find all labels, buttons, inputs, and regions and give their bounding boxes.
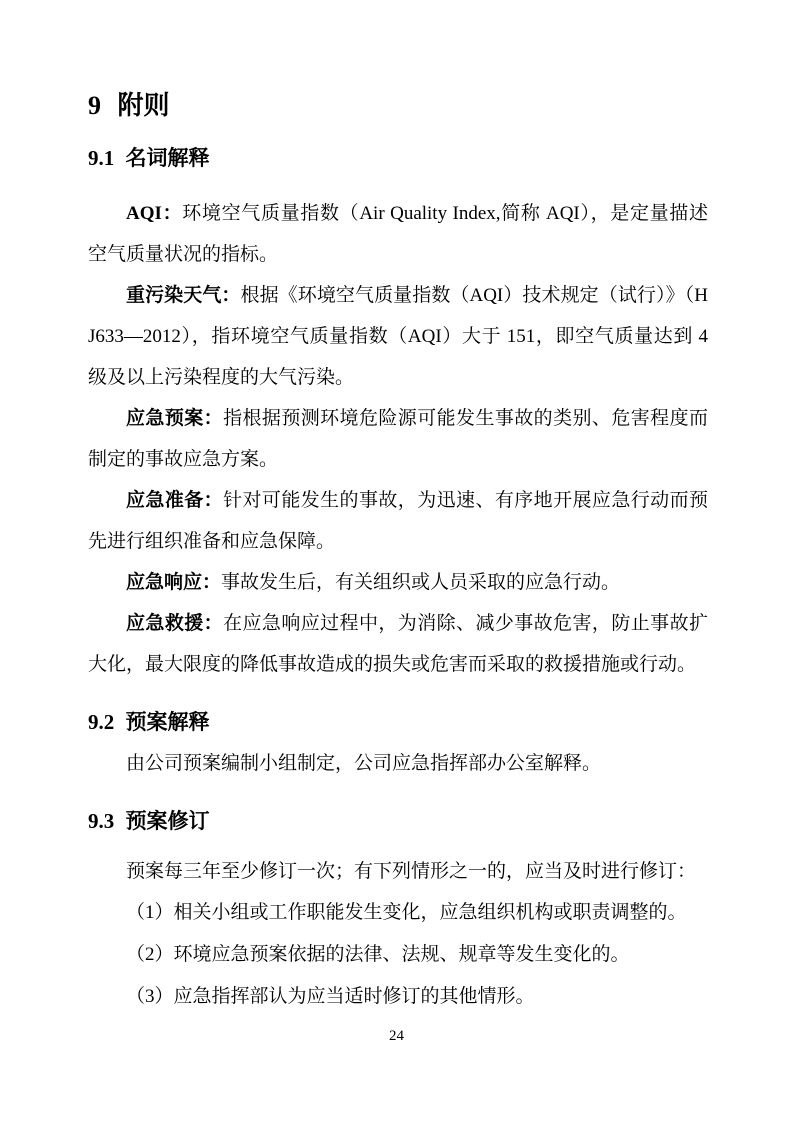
plan-revision-intro: 预案每三年至少修订一次；有下列情形之一的，应当及时进行修订： (88, 851, 708, 892)
revision-item-1: （1）相关小组或工作职能发生变化，应急组织机构或职责调整的。 (88, 892, 708, 934)
page-number: 24 (0, 1027, 793, 1045)
term-lead-emergency-preparedness: 应急准备： (126, 490, 223, 511)
term-definitions: AQI：环境空气质量指数（Air Quality Index,简称 AQI），是… (88, 193, 708, 685)
section-heading-9-1: 9.1 名词解释 (88, 145, 708, 172)
term-paragraph-emergency-response: 应急响应：事故发生后，有关组织或人员采取的应急行动。 (88, 562, 708, 603)
section-heading-9-3: 9.3 预案修订 (88, 808, 708, 835)
term-paragraph-heavy-pollution: 重污染天气：根据《环境空气质量指数（AQI）技术规定（试行）》（HJ633—20… (88, 275, 708, 398)
term-text-emergency-response: 事故发生后，有关组织或人员采取的应急行动。 (221, 572, 620, 593)
chapter-heading: 9 附则 (88, 90, 708, 121)
plan-interpretation-paragraph: 由公司预案编制小组制定，公司应急指挥部办公室解释。 (88, 743, 708, 784)
term-lead-aqi: AQI： (126, 203, 182, 224)
section-9-3: 9.3 预案修订 预案每三年至少修订一次；有下列情形之一的，应当及时进行修订： … (88, 808, 708, 1018)
term-paragraph-emergency-preparedness: 应急准备：针对可能发生的事故，为迅速、有序地开展应急行动而预先进行组织准备和应急… (88, 480, 708, 562)
term-lead-emergency-plan: 应急预案： (126, 408, 223, 429)
term-lead-emergency-rescue: 应急救援： (126, 613, 223, 634)
term-lead-heavy-pollution: 重污染天气： (126, 285, 241, 306)
document-page: 9 附则 9.1 名词解释 AQI：环境空气质量指数（Air Quality I… (0, 0, 793, 1122)
section-9-1: 9.1 名词解释 AQI：环境空气质量指数（Air Quality Index,… (88, 145, 708, 685)
term-lead-emergency-response: 应急响应： (126, 572, 221, 593)
section-9-2: 9.2 预案解释 由公司预案编制小组制定，公司应急指挥部办公室解释。 (88, 709, 708, 784)
term-paragraph-emergency-rescue: 应急救援：在应急响应过程中，为消除、减少事故危害，防止事故扩大化，最大限度的降低… (88, 603, 708, 685)
term-paragraph-aqi: AQI：环境空气质量指数（Air Quality Index,简称 AQI），是… (88, 193, 708, 275)
section-heading-9-2: 9.2 预案解释 (88, 709, 708, 736)
term-paragraph-emergency-plan: 应急预案：指根据预测环境危险源可能发生事故的类别、危害程度而制定的事故应急方案。 (88, 398, 708, 480)
revision-item-3: （3）应急指挥部认为应当适时修订的其他情形。 (88, 976, 708, 1018)
revision-conditions-list: （1）相关小组或工作职能发生变化，应急组织机构或职责调整的。 （2）环境应急预案… (88, 892, 708, 1018)
revision-item-2: （2）环境应急预案依据的法律、法规、规章等发生变化的。 (88, 934, 708, 976)
